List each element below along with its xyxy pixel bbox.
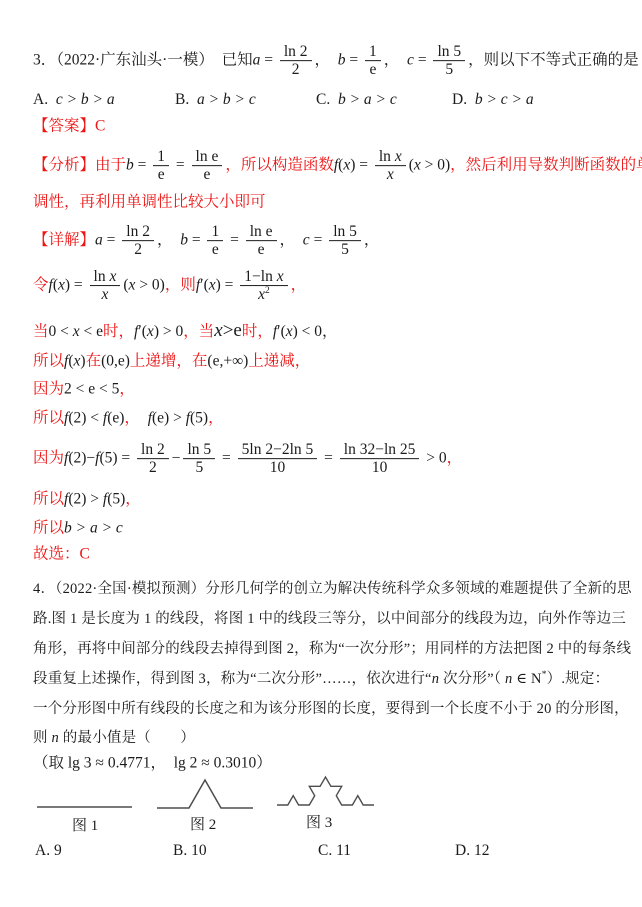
q3-analysis-line-1: 【分析】由于b = 1e = ln ee，所以构造函数f(x) = ln xx(… (33, 148, 642, 184)
figure-1-line-segment (36, 800, 134, 812)
fractal-2-polyline (277, 777, 374, 805)
q3-detail-step-1: 令f(x) = ln xx(x > 0)，则f′(x) = 1−ln xx2， (33, 268, 306, 304)
q3-stem: 3．（2022·广东汕头·一模） 已知a = ln 22， b = 1e， c … (33, 43, 642, 79)
q3-detail-step-6: 因为f(2)−f(5) = ln 22−ln 55 = 5ln 2−2ln 51… (33, 441, 462, 477)
q3-detail-intro: 【详解】a = ln 22， b = 1e = ln ee， c = ln 55… (33, 223, 379, 259)
figure-3-label: 图 3 (306, 811, 332, 832)
q4-hint: （取 lg 3 ≈ 0.4771， lg 2 ≈ 0.3010） (33, 753, 272, 772)
q3-option-d: D. b > c > a (452, 91, 534, 109)
q3-detail-step-8: 所以b > a > c (33, 518, 123, 537)
figure-2-label: 图 2 (190, 813, 216, 834)
document-page: 3．（2022·广东汕头·一模） 已知a = ln 22， b = 1e， c … (0, 0, 642, 907)
q4-stem-line-4: 段重复上述操作，得到图 3，称为“二次分形”……，依次进行“n 次分形”（ n … (33, 670, 609, 688)
q3-answer: 【答案】C (33, 116, 105, 135)
q4-option-d: D. 12 (455, 842, 489, 860)
q4-stem-line-6: 则 n 的最小值是（ ） (33, 729, 195, 747)
fractal-1-polyline (157, 780, 253, 808)
q3-detail-step-5: 所以f(2) < f(e)， f(e) > f(5)， (33, 408, 224, 427)
q3-analysis-line-2: 调性，再利用单调性比较大小即可 (33, 192, 266, 211)
q3-detail-step-7: 所以f(2) > f(5)， (33, 489, 141, 508)
q3-detail-step-2: 当0 < x < e时，f′(x) > 0，当x>e时，f′(x) < 0， (33, 319, 338, 343)
q4-stem-line-1: 4．（2022·全国·模拟预测）分形几何学的创立为解决传统科学众多领域的难题提供… (33, 580, 632, 598)
figure-1-label: 图 1 (72, 814, 98, 835)
q3-option-b: B. a > b > c (175, 91, 256, 109)
q4-option-a: A. 9 (35, 842, 62, 860)
figure-2-first-fractal (157, 776, 254, 810)
q3-conclusion: 故选：C (33, 544, 90, 563)
q3-detail-step-3: 所以f(x)在(0,e)上递增，在(e,+∞)上递减， (33, 351, 310, 370)
q4-option-b: B. 10 (173, 842, 207, 860)
q4-stem-line-5: 一个分形图中所有线段的长度之和为该分形图的长度，要得到一个长度不小于 20 的分… (33, 700, 629, 718)
figure-3-second-fractal (277, 770, 375, 807)
q4-stem-line-3: 角形，再将中间部分的线段去掉得到图 2，称为“一次分形”；用同样的方法把图 2 … (33, 640, 631, 658)
q3-detail-step-4: 因为2 < e < 5， (33, 379, 135, 398)
q3-option-c: C. b > a > c (316, 91, 397, 109)
q4-option-c: C. 11 (318, 842, 351, 860)
q4-stem-line-2: 路.图 1 是长度为 1 的线段，将图 1 中的线段三等分，以中间部分的线段为边… (33, 610, 626, 628)
q3-option-a: A. c > b > a (33, 91, 115, 109)
